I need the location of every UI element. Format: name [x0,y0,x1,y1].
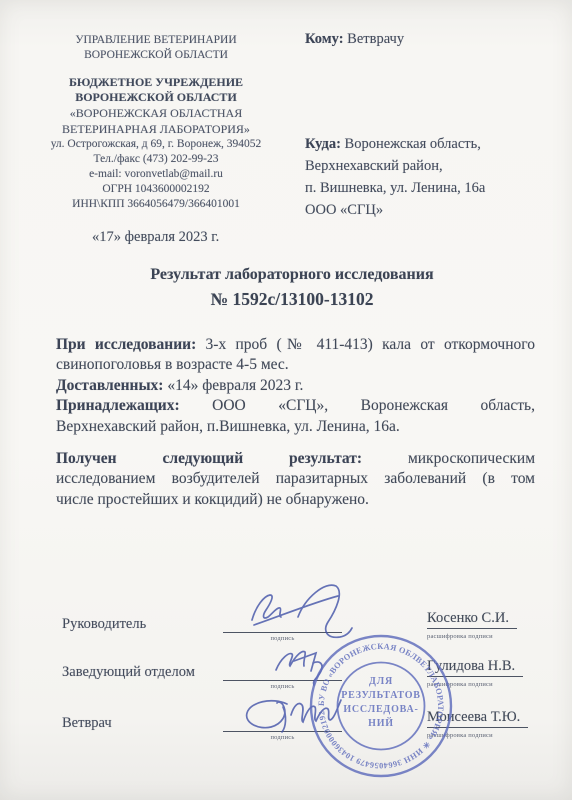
org-inn-kpp: ИНН\КПП 3664056479/366401001 [42,197,270,212]
result-text-2: исследованием возбудителей паразитарных … [56,469,535,489]
signature-row-veterinarian: Ветврач подпись Моисеева Т.Ю. расшифровк… [0,705,572,755]
to-value: Ветврачу [347,31,404,47]
org-ogrn: ОГРН 1043600002192 [42,182,270,197]
signature-line [223,680,342,681]
org-type: БЮДЖЕТНОЕ УЧРЕЖДЕНИЕ [42,75,270,90]
signatory-name: Моисеева Т.Ю. [427,709,528,728]
where-label: Куда: [305,136,341,152]
research-text: 3-х проб (№ 411-413) кала от откормочног… [206,336,535,353]
research-label: При исследовании: [56,336,196,353]
org-name-2: ВЕТЕРИНАРНАЯ ЛАБОРАТОРИЯ» [42,121,270,137]
signatory-name: Гулидова Н.В. [427,658,523,677]
recipient-to: Кому: Ветврачу [305,31,404,48]
name-caption: расшифровка подписи [427,732,493,739]
document-title: Результат лабораторного исследования [57,266,527,284]
signature-line [223,632,342,633]
body-paragraph-result: Получен следующий результат: микроскопич… [56,449,535,510]
org-name: «ВОРОНЕЖСКАЯ ОБЛАСТНАЯ [42,105,270,121]
signature-caption: подпись [223,734,342,741]
signature-row-department-head: Заведующий отделом подпись Гулидова Н.В.… [0,654,572,704]
owner-text: ООО «СГЦ», Воронежская область, [212,397,535,414]
body-paragraph-research: При исследовании: 3-х проб (№ 411-413) к… [56,335,535,437]
result-text: микроскопическим [408,450,535,467]
date-line: «17» февраля 2023 г. [92,229,219,246]
signature-caption: подпись [223,635,342,642]
result-label: Получен следующий результат: [56,450,362,467]
signature-line [223,731,342,732]
scanned-document-page: УПРАВЛЕНИЕ ВЕТЕРИНАРИИ ВОРОНЕЖСКОЙ ОБЛАС… [0,0,572,800]
signature-caption: подпись [223,683,342,690]
where-line2: Верхнехавский район, [305,155,545,177]
role-label: Ветврач [62,715,112,732]
role-label: Заведующий отделом [62,664,195,681]
sender-block: УПРАВЛЕНИЕ ВЕТЕРИНАРИИ ВОРОНЕЖСКОЙ ОБЛАС… [42,33,270,212]
name-caption: расшифровка подписи [427,681,493,688]
authority-name: УПРАВЛЕНИЕ ВЕТЕРИНАРИИ [42,33,270,48]
to-label: Кому: [305,31,344,47]
research-text-2: свинопоголовья в возрасте 4-5 мес. [56,355,535,375]
signatory-name: Косенко С.И. [427,610,517,629]
org-type-2: ВОРОНЕЖСКОЙ ОБЛАСТИ [42,90,270,105]
org-email: e-mail: voronvetlab@mail.ru [42,167,270,182]
org-address: ул. Острогожская, д 69, г. Воронеж, 3940… [42,137,270,152]
org-phone: Тел./факс (473) 202-99-23 [42,152,270,167]
authority-name-2: ВОРОНЕЖСКОЙ ОБЛАСТИ [42,48,270,63]
name-caption: расшифровка подписи [427,633,493,640]
where-line4: ООО «СГЦ» [305,199,545,221]
owner-text-2: Верхнехавский район, п.Вишневка, ул. Лен… [56,417,535,437]
where-line1: Воронежская область, [345,136,481,152]
recipient-address: Куда: Воронежская область, Верхнехавский… [305,133,545,221]
signature-row-director: Руководитель подпись Косенко С.И. расшиф… [0,606,572,656]
role-label: Руководитель [62,616,146,633]
where-line3: п. Вишневка, ул. Ленина, 16а [305,177,545,199]
owner-label: Принадлежащих: [56,397,180,414]
result-text-3: числе простейших и кокцидий) не обнаруже… [56,490,535,510]
delivered-text: «14» февраля 2023 г. [167,377,303,394]
delivered-label: Доставленных: [56,377,163,394]
document-number: № 1592с/13100-13102 [57,289,527,310]
